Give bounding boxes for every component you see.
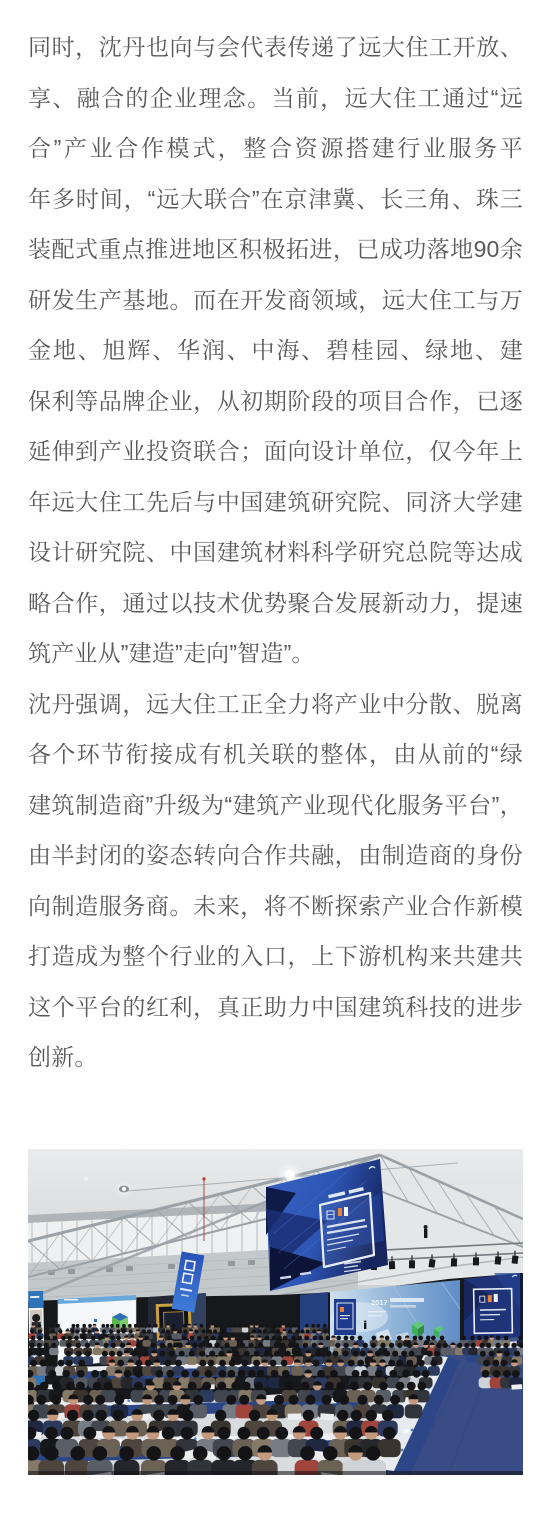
- text-line: 这个平台的红利，真正助力中国建筑科技的进步与: [28, 982, 523, 1033]
- text-line: 打造成为整个行业的入口，上下游机构来共建共享: [28, 931, 523, 982]
- text-line: 创新。: [28, 1032, 523, 1083]
- conference-photo: N4.107: [28, 1149, 523, 1475]
- text-line: 享、融合的企业理念。当前，远大住工通过“远大联: [28, 73, 523, 124]
- text-line: 延伸到产业投资联合；面向设计单位，仅今年上半: [28, 426, 523, 477]
- text-line: 建筑制造商”升级为“建筑产业现代化服务平台”，: [28, 780, 523, 831]
- stage-year-text: 2017: [371, 1298, 388, 1307]
- article-text: 同时，沈丹也向与会代表传递了远大住工开放、分享、融合的企业理念。当前，远大住工通…: [28, 22, 523, 1083]
- text-line: 由半封闭的姿态转向合作共融，由制造商的身份转: [28, 830, 523, 881]
- text-line: 年多时间，“远大联合”在京津冀、长三角、珠三角等: [28, 174, 523, 225]
- text-line: 研发生产基地。而在开发商领域，远大住工与万科、: [28, 275, 523, 326]
- text-line: 装配式重点推进地区积极拓进，已成功落地90余家: [28, 224, 523, 275]
- text-line: 同时，沈丹也向与会代表传递了远大住工开放、分: [28, 22, 523, 73]
- text-line: 金地、旭辉、华润、中海、碧桂园、绿地、建发、龙湖、: [28, 325, 523, 376]
- text-line: 合”产业合作模式，整合资源搭建行业服务平台。一: [28, 123, 523, 174]
- text-line: 向制造服务商。未来，将不断探索产业合作新模式，: [28, 881, 523, 932]
- text-line: 设计研究院、中国建筑材料科学研究总院等达成战: [28, 527, 523, 578]
- text-line: 保利等品牌企业，从初期阶段的项目合作，已逐步: [28, 376, 523, 427]
- stage-title-dash: [390, 1298, 424, 1302]
- photo-bottom-shadow: [28, 1471, 523, 1475]
- text-line: 略合作，通过以技术优势聚合发展新动力，提速建: [28, 578, 523, 629]
- text-line: 沈丹强调，远大住工正全力将产业中分散、脱离的: [28, 679, 523, 730]
- text-line: 各个环节衔接成有机关联的整体，由从前的“绿色: [28, 729, 523, 780]
- cable-marker: [202, 1177, 205, 1180]
- text-line: 年远大住工先后与中国建筑研究院、同济大学建筑: [28, 477, 523, 528]
- conference-photo-svg: N4.107: [28, 1149, 523, 1475]
- text-line: 筑产业从”建造”走向”智造”。: [28, 628, 523, 679]
